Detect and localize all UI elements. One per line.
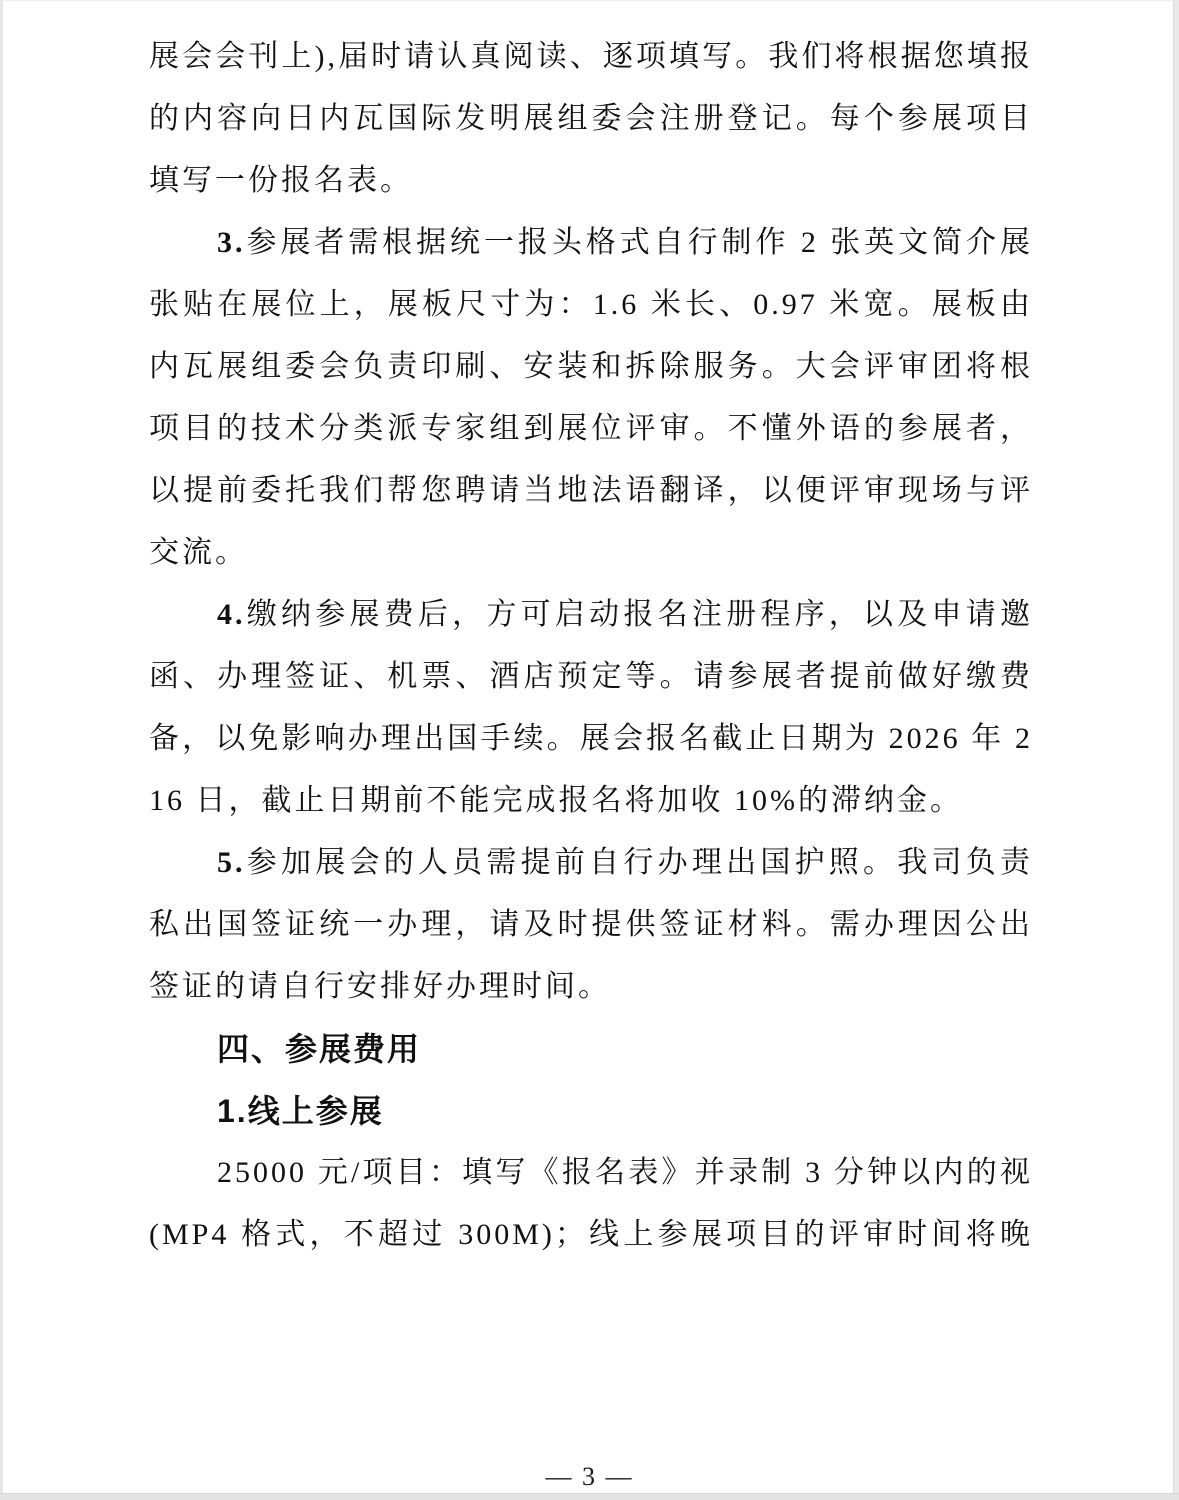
text-line: 展会会刊上),届时请认真阅读、逐项填写。我们将根据您填报 (149, 26, 1033, 88)
page-edge-top (0, 0, 1179, 1)
page-edge-left (0, 0, 3, 1500)
text-run: 缴纳参展费后，方可启动报名注册程序，以及申请邀请 (149, 598, 1033, 646)
subsection-heading-online-exhibition: 1.线上参展 (149, 1080, 1033, 1142)
text-line: 函、办理签证、机票、酒店预定等。请参展者提前做好缴费准 (149, 646, 1033, 708)
text-line: 3.参展者需根据统一报头格式自行制作 2 张英文简介展板， (149, 212, 1033, 274)
text-line: 填写一份报名表。 (149, 150, 1033, 212)
text-line: 16 日，截止日期前不能完成报名将加收 10%的滞纳金。 (149, 770, 1033, 832)
section-heading-fees: 四、参展费用 (149, 1018, 1033, 1080)
page-content: 展会会刊上),届时请认真阅读、逐项填写。我们将根据您填报 的内容向日内瓦国际发明… (149, 26, 1033, 1266)
text-line: 的内容向日内瓦国际发明展组委会注册登记。每个参展项目需 (149, 88, 1033, 150)
list-number: 3. (217, 226, 246, 259)
text-line: 备，以免影响办理出国手续。展会报名截止日期为 2026 年 2 月 (149, 708, 1033, 770)
text-run: 参加展会的人员需提前自行办理出国护照。我司负责因 (149, 846, 1033, 894)
paragraph-item-4: 4.缴纳参展费后，方可启动报名注册程序，以及申请邀请 函、办理签证、机票、酒店预… (149, 584, 1033, 832)
page-number: — 3 — (546, 1462, 634, 1491)
page-edge-bottom (0, 1493, 1179, 1500)
text-line: 签证的请自行安排好办理时间。 (149, 956, 1033, 1018)
page-footer: — 3 — (0, 1462, 1179, 1492)
paragraph-online-fee: 25000 元/项目：填写《报名表》并录制 3 分钟以内的视频 (MP4 格式，… (149, 1142, 1033, 1266)
text-line: 张贴在展位上，展板尺寸为：1.6 米长、0.97 米宽。展板由日 (149, 274, 1033, 336)
text-line: 以提前委托我们帮您聘请当地法语翻译，以便评审现场与评委 (149, 460, 1033, 522)
text-line: (MP4 格式，不超过 300M)；线上参展项目的评审时间将晚于线 (149, 1204, 1033, 1266)
text-line: 内瓦展组委会负责印刷、安装和拆除服务。大会评审团将根据 (149, 336, 1033, 398)
paragraph-continuation: 展会会刊上),届时请认真阅读、逐项填写。我们将根据您填报 的内容向日内瓦国际发明… (149, 26, 1033, 212)
text-line: 4.缴纳参展费后，方可启动报名注册程序，以及申请邀请 (149, 584, 1033, 646)
text-line: 交流。 (149, 522, 1033, 584)
text-line: 25000 元/项目：填写《报名表》并录制 3 分钟以内的视频 (149, 1142, 1033, 1204)
paragraph-item-3: 3.参展者需根据统一报头格式自行制作 2 张英文简介展板， 张贴在展位上，展板尺… (149, 212, 1033, 584)
text-run: 参展者需根据统一报头格式自行制作 2 张英文简介展板， (149, 226, 1033, 274)
paragraph-item-5: 5.参加展会的人员需提前自行办理出国护照。我司负责因 私出国签证统一办理，请及时… (149, 832, 1033, 1018)
page-edge-right (1173, 0, 1179, 1500)
text-line: 私出国签证统一办理，请及时提供签证材料。需办理因公出国 (149, 894, 1033, 956)
list-number: 4. (217, 598, 246, 631)
text-line: 5.参加展会的人员需提前自行办理出国护照。我司负责因 (149, 832, 1033, 894)
text-line: 项目的技术分类派专家组到展位评审。不懂外语的参展者，可 (149, 398, 1033, 460)
list-number: 5. (217, 846, 246, 879)
